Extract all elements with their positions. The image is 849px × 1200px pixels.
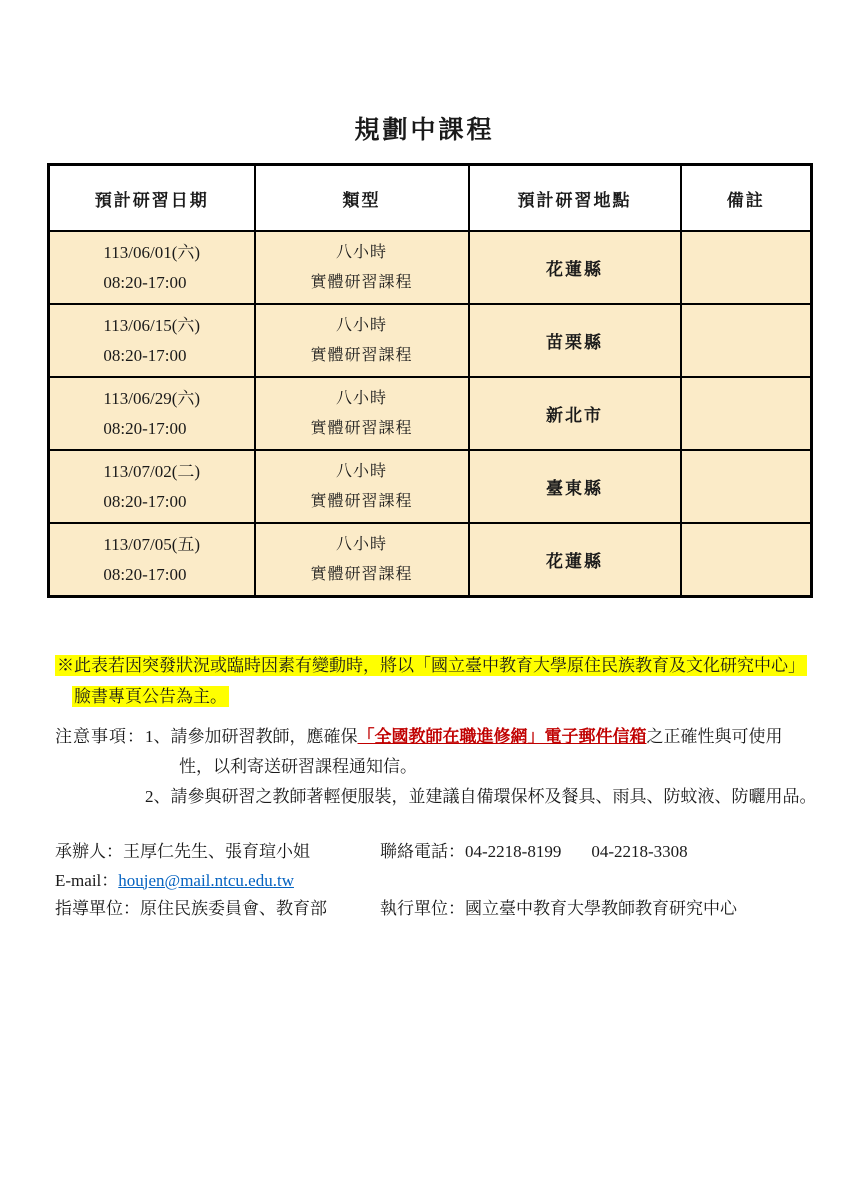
header-row: 預計研習日期 類型 預計研習地點 備註: [49, 165, 812, 232]
document-page: 規劃中課程 預計研習日期 類型 預計研習地點 備註 113/06/01(六)08…: [0, 0, 849, 1200]
advisor-unit: 指導單位：原住民族委員會、教育部: [55, 895, 380, 924]
executor-unit: 執行單位：國立臺中教育大學教師教育研究中心: [380, 895, 737, 924]
cell-location: 花蓮縣: [469, 231, 681, 304]
change-notice-line2: 臉書專頁公告為主。: [72, 681, 849, 712]
cell-type: 八小時實體研習課程: [255, 450, 469, 523]
notes-body: 1、請參加研習教師，應確保「全國教師在職進修網」電子郵件信箱之正確性與可使用 性…: [145, 722, 817, 812]
note-item-1-text: 請參加研習教師，應確保: [171, 727, 358, 746]
header-type: 類型: [255, 165, 469, 232]
footer-row-units: 指導單位：原住民族委員會、教育部 執行單位：國立臺中教育大學教師教育研究中心: [55, 895, 849, 924]
notes-section: 注意事項： 1、請參加研習教師，應確保「全國教師在職進修網」電子郵件信箱之正確性…: [55, 722, 849, 812]
note-item-2-text: 請參與研習之教師著輕便服裝，並建議自備環保杯及餐具、雨具、防蚊液、防曬用品。: [171, 787, 817, 806]
note-item-1-text: 之正確性與可使用: [647, 727, 783, 746]
table-row: 113/07/02(二)08:20-17:00八小時實體研習課程臺東縣: [49, 450, 812, 523]
cell-type: 八小時實體研習課程: [255, 304, 469, 377]
date-time-block: 113/06/01(六)08:20-17:00: [103, 238, 200, 298]
date-time-block: 113/06/29(六)08:20-17:00: [103, 384, 200, 444]
highlighted-text: 臉書專頁公告為主。: [72, 686, 229, 707]
cell-remark: [681, 231, 812, 304]
note-item-2: 2、請參與研習之教師著輕便服裝，並建議自備環保杯及餐具、雨具、防蚊液、防曬用品。: [145, 782, 817, 812]
note-item-1-line2: 性，以利寄送研習課程通知信。: [179, 752, 817, 782]
header-date: 預計研習日期: [49, 165, 255, 232]
course-table-body: 113/06/01(六)08:20-17:00八小時實體研習課程花蓮縣113/0…: [49, 231, 812, 597]
notes-label: 注意事項：: [55, 722, 145, 812]
cell-location: 新北市: [469, 377, 681, 450]
cell-remark: [681, 450, 812, 523]
cell-location: 臺東縣: [469, 450, 681, 523]
cell-date: 113/07/02(二)08:20-17:00: [49, 450, 255, 523]
cell-type: 八小時實體研習課程: [255, 231, 469, 304]
cell-date: 113/06/01(六)08:20-17:00: [49, 231, 255, 304]
highlighted-text: ※此表若因突發狀況或臨時因素有變動時，將以「國立臺中教育大學原住民族教育及文化研…: [55, 655, 807, 676]
emphasized-red-text: 「全國教師在職進修網」電子郵件信箱: [358, 727, 647, 746]
cell-type: 八小時實體研習課程: [255, 377, 469, 450]
date-time-block: 113/07/02(二)08:20-17:00: [103, 457, 200, 517]
note-item-1-number: 1、: [145, 727, 171, 746]
date-time-block: 113/06/15(六)08:20-17:00: [103, 311, 200, 371]
table-row: 113/07/05(五)08:20-17:00八小時實體研習課程花蓮縣: [49, 523, 812, 597]
date-time-block: 113/07/05(五)08:20-17:00: [103, 530, 200, 590]
cell-remark: [681, 377, 812, 450]
table-row: 113/06/01(六)08:20-17:00八小時實體研習課程花蓮縣: [49, 231, 812, 304]
cell-remark: [681, 523, 812, 597]
cell-date: 113/06/29(六)08:20-17:00: [49, 377, 255, 450]
change-notice-line1: ※此表若因突發狀況或臨時因素有變動時，將以「國立臺中教育大學原住民族教育及文化研…: [55, 650, 849, 681]
cell-date: 113/06/15(六)08:20-17:00: [49, 304, 255, 377]
phone-label: 聯絡電話：: [380, 842, 465, 861]
course-table: 預計研習日期 類型 預計研習地點 備註 113/06/01(六)08:20-17…: [47, 163, 813, 598]
email-link[interactable]: houjen@mail.ntcu.edu.tw: [118, 867, 294, 896]
cell-date: 113/07/05(五)08:20-17:00: [49, 523, 255, 597]
email-label: E-mail：: [55, 867, 118, 896]
phone-number-1: 04-2218-8199: [465, 842, 561, 861]
note-item-1-line1: 1、請參加研習教師，應確保「全國教師在職進修網」電子郵件信箱之正確性與可使用: [145, 722, 817, 752]
cell-remark: [681, 304, 812, 377]
cell-type: 八小時實體研習課程: [255, 523, 469, 597]
footer-row-email: E-mail：houjen@mail.ntcu.edu.tw: [55, 867, 849, 896]
table-row: 113/06/15(六)08:20-17:00八小時實體研習課程苗栗縣: [49, 304, 812, 377]
organizer-names: 承辦人：王厚仁先生、張育瑄小姐: [55, 838, 380, 867]
change-notice: ※此表若因突發狀況或臨時因素有變動時，將以「國立臺中教育大學原住民族教育及文化研…: [55, 650, 849, 712]
header-remark: 備註: [681, 165, 812, 232]
phone-number-2: 04-2218-3308: [591, 842, 687, 861]
cell-location: 苗栗縣: [469, 304, 681, 377]
page-title: 規劃中課程: [0, 0, 849, 146]
header-location: 預計研習地點: [469, 165, 681, 232]
contact-phones: 聯絡電話：04-2218-819904-2218-3308: [380, 838, 688, 867]
table-row: 113/06/29(六)08:20-17:00八小時實體研習課程新北市: [49, 377, 812, 450]
note-item-2-number: 2、: [145, 787, 171, 806]
footer-row-contact: 承辦人：王厚仁先生、張育瑄小姐 聯絡電話：04-2218-819904-2218…: [55, 838, 849, 867]
course-table-header: 預計研習日期 類型 預計研習地點 備註: [49, 165, 812, 232]
cell-location: 花蓮縣: [469, 523, 681, 597]
contact-footer: 承辦人：王厚仁先生、張育瑄小姐 聯絡電話：04-2218-819904-2218…: [55, 838, 849, 924]
